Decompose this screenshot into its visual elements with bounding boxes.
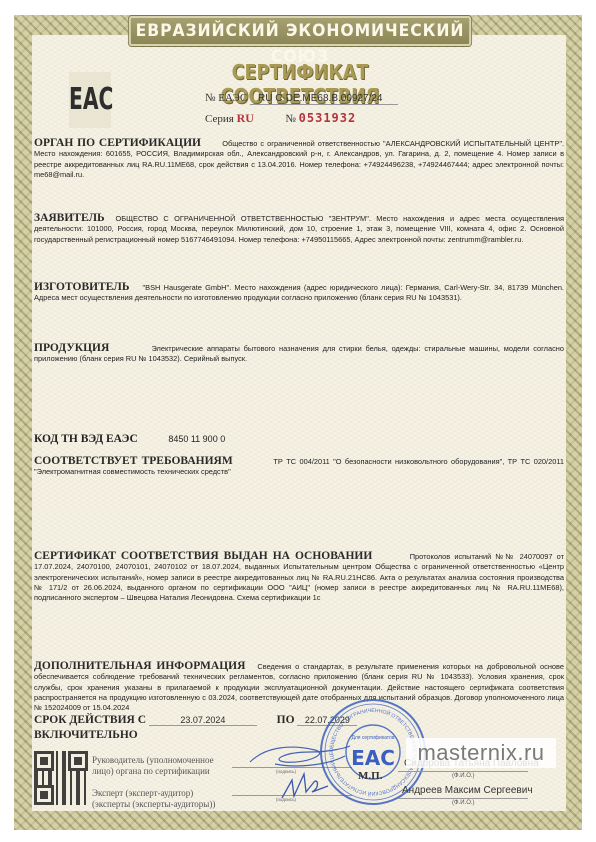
section-heading: СЕРТИФИКАТ СООТВЕТСТВИЯ ВЫДАН НА ОСНОВАН…: [34, 550, 372, 562]
stamp-eac-logo: ЕАС: [351, 746, 395, 770]
section-text: Электрические аппараты бытового назначен…: [34, 344, 564, 363]
manufacturer-section: ИЗГОТОВИТЕЛЬ "BSH Hausgerate GmbH". Мест…: [34, 282, 564, 304]
hs-code-section: КОД ТН ВЭД ЕАЭС 8450 11 900 0: [34, 433, 225, 445]
expert-signatory-label: Эксперт (эксперт-аудитор) (эксперты (экс…: [92, 788, 215, 810]
validity-period: СРОК ДЕЙСТВИЯ С 23.07.2024 ПО 22.07.2029: [34, 714, 357, 726]
seal-label: М.П.: [358, 770, 382, 782]
head-fio-caption: (Ф.И.О.): [452, 773, 475, 779]
validity-inclusive: ВКЛЮЧИТЕЛЬНО: [34, 729, 138, 741]
certification-body-section: ОРГАН ПО СЕРТИФИКАЦИИ Общество с огранич…: [34, 138, 564, 180]
section-heading: СООТВЕТСТВУЕТ ТРЕБОВАНИЯМ: [34, 455, 233, 467]
series-line: Серия RU № 0531932: [205, 111, 356, 126]
serial-label: №: [285, 113, 296, 125]
serial-value: 0531932: [299, 111, 357, 125]
section-heading: ЗАЯВИТЕЛЬ: [34, 212, 105, 224]
qr-code-icon[interactable]: [34, 751, 88, 805]
union-title-banner: ЕВРАЗИЙСКИЙ ЭКОНОМИЧЕСКИЙ СОЮЗ: [129, 16, 471, 46]
section-heading: ОРГАН ПО СЕРТИФИКАЦИИ: [34, 137, 201, 149]
certificate-number: № ЕАЭС RU C-DE.ME68.B.00927/24: [205, 92, 398, 105]
validity-to-label: ПО: [277, 714, 295, 726]
expert-fio-caption: (Ф.И.О.): [452, 800, 475, 806]
section-heading: КОД ТН ВЭД ЕАЭС: [34, 433, 138, 445]
watermark: masternix.ru: [406, 738, 556, 768]
number-label: № ЕАЭС: [205, 92, 247, 104]
series-label: Серия: [205, 113, 234, 125]
expert-name-line: [398, 798, 528, 799]
number-value: RU C-DE.ME68.B.00927/24: [250, 93, 398, 105]
additional-info-section: ДОПОЛНИТЕЛЬНАЯ ИНФОРМАЦИЯ Сведения о ста…: [34, 661, 564, 713]
section-heading: ИЗГОТОВИТЕЛЬ: [34, 281, 129, 293]
section-text: ОБЩЕСТВО С ОГРАНИЧЕННОЙ ОТВЕТСТВЕННОСТЬЮ…: [34, 214, 564, 244]
eac-logo-icon: ЕАС: [69, 72, 111, 128]
section-heading: ДОПОЛНИТЕЛЬНАЯ ИНФОРМАЦИЯ: [34, 660, 245, 672]
series-value: RU: [237, 111, 254, 125]
conforms-section: СООТВЕТСТВУЕТ ТРЕБОВАНИЯМ ТР ТС 004/2011…: [34, 456, 564, 478]
section-heading: ПРОДУКЦИЯ: [34, 342, 109, 354]
expert-name: Андреев Максим Сергеевич: [402, 785, 533, 796]
validity-from-date: 23.07.2024: [149, 715, 257, 726]
applicant-section: ЗАЯВИТЕЛЬ ОБЩЕСТВО С ОГРАНИЧЕННОЙ ОТВЕТС…: [34, 213, 564, 245]
product-section: ПРОДУКЦИЯ Электрические аппараты бытовог…: [34, 343, 564, 365]
validity-from-label: СРОК ДЕЙСТВИЯ С: [34, 714, 146, 726]
head-name-line: [398, 771, 528, 772]
basis-section: СЕРТИФИКАТ СООТВЕТСТВИЯ ВЫДАН НА ОСНОВАН…: [34, 551, 564, 603]
hs-code-value: 8450 11 900 0: [168, 434, 225, 444]
stamp-center-caption: Для сертификатов: [352, 735, 395, 741]
head-signatory-label: Руководитель (уполномоченное лицо) орган…: [92, 755, 214, 777]
